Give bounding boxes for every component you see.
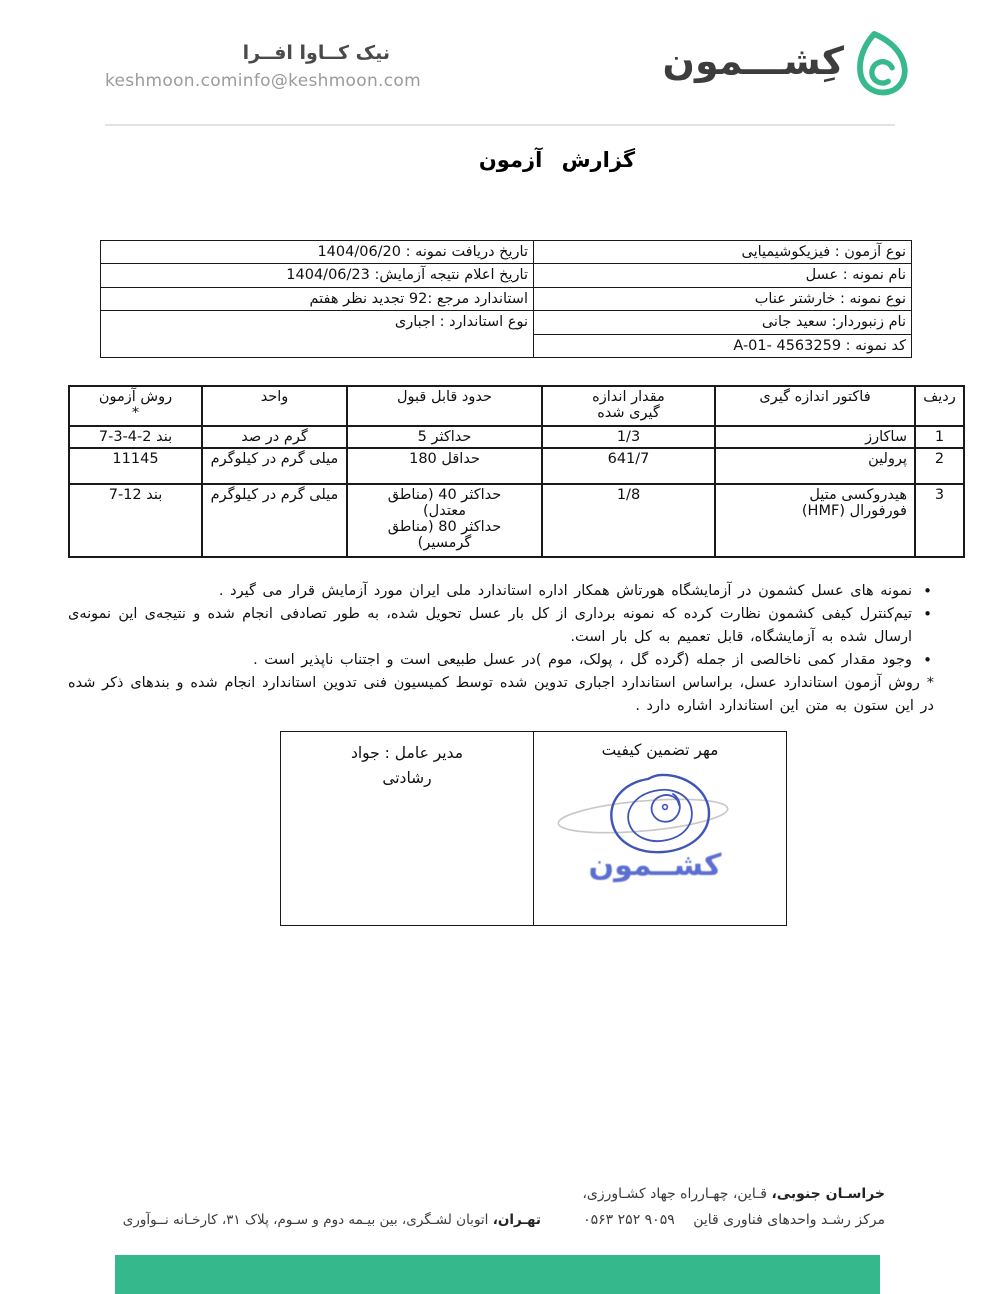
stamp-title: مهر تضمین کیفیت xyxy=(534,741,786,759)
col-header-factor: فاکتور اندازه گیری xyxy=(715,386,915,426)
footer-center-text: مرکز رشـد واحدهای فناوری قاین xyxy=(693,1212,885,1228)
footer-city-rest: اتوبان لشـگری، بین بیـمه دوم و سـوم، پلا… xyxy=(123,1212,493,1228)
note-item: • وجود مقدار کمی ناخالصی از جمله (گرده گ… xyxy=(68,649,934,672)
company-name: نیک کــاوا افــرا xyxy=(105,42,390,64)
star-note: * روش آزمون استاندارد عسل، براساس استاند… xyxy=(68,672,934,718)
row-no: 2 xyxy=(915,448,964,484)
table-row: 2 پرولین 641/7 حداقل 180 میلی گرم در کیل… xyxy=(69,448,964,484)
note-text: * روش آزمون استاندارد عسل، براساس استاند… xyxy=(68,675,934,714)
factor-cell: هیدروکسی متیل فورفورال (HMF) xyxy=(715,484,915,557)
sample-type: نوع نمونه : خارشتر عناب xyxy=(534,287,911,310)
limit-cell: حداقل 180 xyxy=(347,448,542,484)
results-header-row: ردیف فاکتور اندازه گیری مقدار اندازه گیر… xyxy=(69,386,964,426)
brand-block: کِشـــمون xyxy=(663,28,910,96)
keshmoon-stamp: کشــمون xyxy=(534,761,786,887)
col-header-method: روش آزمون * xyxy=(69,386,202,426)
brand-wordmark: کِشـــمون xyxy=(663,28,844,94)
receive-date: تاریخ دریافت نمونه : 1404/06/20 xyxy=(101,241,533,263)
footer-address-khorasan: خراسـان جنوبی، قـاین، چهـارراه جهاد کشـا… xyxy=(582,1186,885,1202)
manager-label: مدیر عامل : جواد رشادتی xyxy=(281,741,533,791)
footer-address-tehran: تهـران، اتوبان لشـگری، بین بیـمه دوم و س… xyxy=(123,1212,541,1228)
footer-city-bold: تهـران، xyxy=(493,1212,541,1228)
col-header-method-star: * xyxy=(74,405,197,421)
note-item: • تیم‌کنترل کیفی کشمون نظارت کرده که نمو… xyxy=(68,603,934,649)
col-header-method-label: روش آزمون xyxy=(74,389,197,405)
col-header-row-no: ردیف xyxy=(915,386,964,426)
method-cell: 11145 xyxy=(69,448,202,484)
stamp-image-icon: کشــمون xyxy=(555,761,765,883)
bullet-icon: • xyxy=(923,580,932,603)
method-cell: بند 2-4-3-7 xyxy=(69,426,202,448)
company-contact: keshmoon.com info@keshmoon.com xyxy=(105,71,390,91)
note-item: • نمونه های عسل کشمون در آزمایشگاه هورتا… xyxy=(68,580,934,603)
header-divider xyxy=(105,124,895,126)
company-block: نیک کــاوا افــرا keshmoon.com info@kesh… xyxy=(105,42,390,91)
factor-cell: ساکارز xyxy=(715,426,915,448)
method-cell: بند 12-7 xyxy=(69,484,202,557)
col-header-unit: واحد xyxy=(202,386,347,426)
table-row: 3 هیدروکسی متیل فورفورال (HMF) 1/8 حداکث… xyxy=(69,484,964,557)
col-header-measured: مقدار اندازه گیری شده xyxy=(542,386,715,426)
sample-info-table: نوع آزمون : فیزیکوشیمیایی نام نمونه : عس… xyxy=(100,240,912,358)
unit-cell: گرم در صد xyxy=(202,426,347,448)
measured-value-cell: 641/7 xyxy=(542,448,715,484)
footer-region-rest: قـاین، چهـارراه جهاد کشـاورزی، xyxy=(582,1186,771,1202)
footer-region-bold: خراسـان جنوبی، xyxy=(771,1186,885,1202)
measured-value-cell: 1/8 xyxy=(542,484,715,557)
keshmoon-logo-icon xyxy=(852,28,910,96)
sample-test-type: نوع آزمون : فیزیکوشیمیایی xyxy=(534,241,911,263)
row-no: 3 xyxy=(915,484,964,557)
page-title: گزارش آزمون xyxy=(479,148,635,172)
sample-code: کد نمونه : A-01- 4563259 xyxy=(534,334,911,357)
measured-value-cell: 1/3 xyxy=(542,426,715,448)
col-header-limits: حدود قابل قبول xyxy=(347,386,542,426)
note-text: وجود مقدار کمی ناخالصی از جمله (گرده گل … xyxy=(253,652,912,668)
sample-info-left-column: تاریخ دریافت نمونه : 1404/06/20 تاریخ اع… xyxy=(101,241,533,357)
factor-cell: پرولین xyxy=(715,448,915,484)
footer-green-bar xyxy=(115,1255,880,1294)
table-row: 1 ساکارز 1/3 حداکثر 5 گرم در صد بند 2-4-… xyxy=(69,426,964,448)
stamp-word: کشــمون xyxy=(588,848,722,883)
limit-cell: حداکثر 5 xyxy=(347,426,542,448)
note-text: نمونه های عسل کشمون در آزمایشگاه هورتاش … xyxy=(219,583,912,599)
limit-cell: حداکثر 40 (مناطق معتدل) حداکثر 80 (مناطق… xyxy=(347,484,542,557)
reference-standard: استاندارد مرجع :92 تجدید نظر هفتم xyxy=(101,287,533,310)
quality-stamp-cell: مهر تضمین کیفیت کشــمون xyxy=(533,732,786,925)
standard-type: نوع استاندارد : اجباری xyxy=(101,310,533,357)
website-text: keshmoon.com xyxy=(105,71,238,91)
approval-box: مهر تضمین کیفیت کشــمون مدیر عامل : جواد… xyxy=(280,731,787,926)
bullet-icon: • xyxy=(923,649,932,672)
footer-address-qaen: مرکز رشـد واحدهای فناوری قاین ۰۵۶۳ ۲۵۲ ۹… xyxy=(583,1212,885,1228)
results-table: ردیف فاکتور اندازه گیری مقدار اندازه گیر… xyxy=(68,385,965,558)
email-text: info@keshmoon.com xyxy=(238,71,421,91)
note-text: تیم‌کنترل کیفی کشمون نظارت کرده که نمونه… xyxy=(68,606,912,645)
notes-section: • نمونه های عسل کشمون در آزمایشگاه هورتا… xyxy=(68,580,934,718)
sample-name: نام نمونه : عسل xyxy=(534,263,911,286)
row-no: 1 xyxy=(915,426,964,448)
manager-signature-cell: مدیر عامل : جواد رشادتی xyxy=(281,732,533,925)
unit-cell: میلی گرم در کیلوگرم xyxy=(202,484,347,557)
footer-phone: ۰۵۶۳ ۲۵۲ ۹۰۵۹ xyxy=(583,1212,675,1228)
bullet-icon: • xyxy=(923,603,932,626)
unit-cell: میلی گرم در کیلوگرم xyxy=(202,448,347,484)
sample-info-right-column: نوع آزمون : فیزیکوشیمیایی نام نمونه : عس… xyxy=(533,241,911,357)
result-date: تاریخ اعلام نتیجه آزمایش: 1404/06/23 xyxy=(101,263,533,286)
beekeeper-name: نام زنبوردار: سعید جانی xyxy=(534,310,911,333)
